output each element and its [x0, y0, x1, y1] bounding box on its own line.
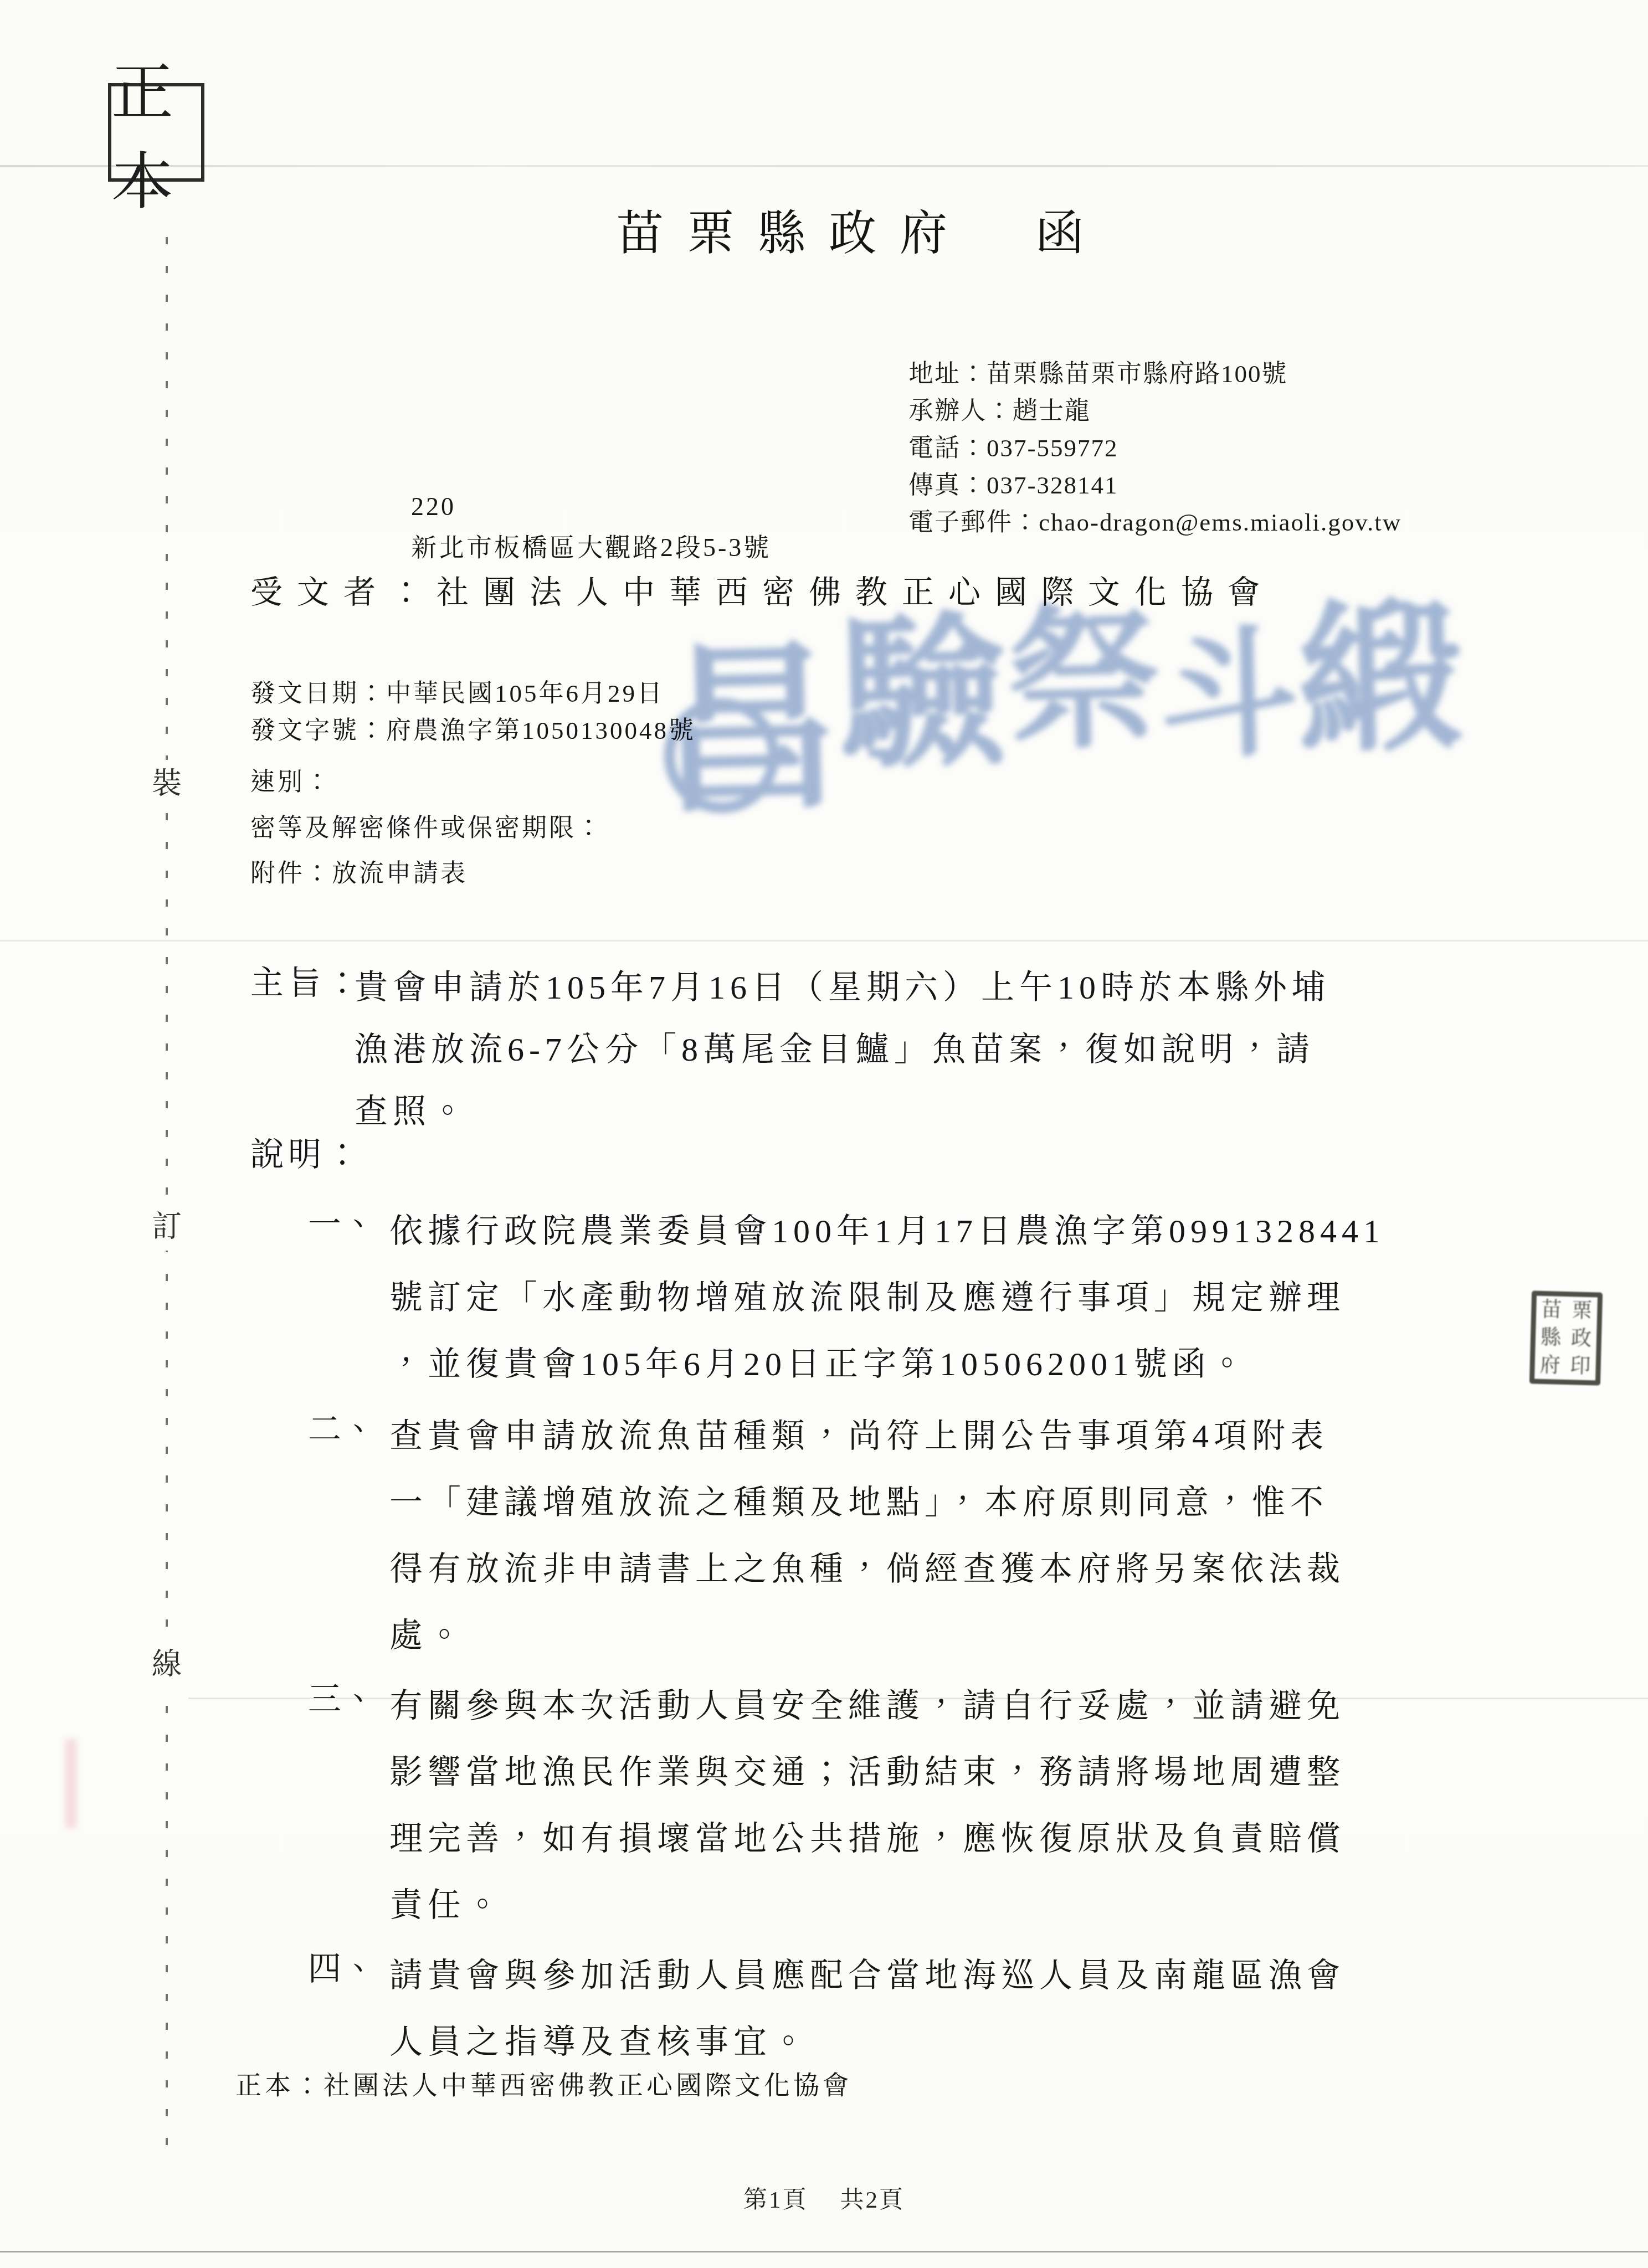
agency-fax: 傳真：037-328141 — [908, 467, 1401, 504]
binding-mark-xian: 線 — [147, 1640, 186, 1688]
recipient-line: 受文者：社團法人中華西密佛教正心國際文化協會 — [250, 566, 1274, 613]
explanation-item-number: 四、 — [308, 1942, 377, 1990]
agency-address: 地址：苗栗縣苗栗市縣府路100號 — [908, 356, 1401, 393]
item-line: 查貴會申請放流魚苗種類，尚符上開公告事項第4項附表 — [389, 1403, 1345, 1469]
subject-line: 查照。 — [355, 1081, 1330, 1143]
subject-text: 貴會申請於105年7月16日（星期六）上午10時於本縣外埔 漁港放流6-7公分「… — [355, 956, 1330, 1143]
subject-label: 主旨： — [250, 956, 363, 1004]
item-line: 影響當地漁民作業與交通；活動結束，務請將場地周遭整 — [389, 1739, 1345, 1806]
pink-ink-smudge — [65, 1739, 76, 1828]
seal-glyph: 印 — [1570, 1356, 1591, 1377]
copy-to-line: 正本：社團法人中華西密佛教正心國際文化協會 — [235, 2065, 852, 2102]
stamp-glyph: 緞 — [1295, 543, 1466, 785]
binding-dashed-line — [166, 237, 168, 2151]
subject-line: 漁港放流6-7公分「8萬尾金目鱸」魚苗案，復如說明，請 — [355, 1019, 1330, 1081]
recipient-address: 新北市板橋區大觀路2段5-3號 — [411, 527, 771, 564]
explanation-item-3: 有關參與本次活動人員安全維護，請自行妥處，並請避免 影響當地漁民作業與交通；活動… — [389, 1673, 1345, 1938]
issue-date: 發文日期：中華民國105年6月29日 — [250, 673, 664, 709]
item-line: 請貴會與參加活動人員應配合當地海巡人員及南龍區漁會 — [389, 1942, 1345, 2009]
item-line: 有關參與本次活動人員安全維護，請自行妥處，並請避免 — [389, 1673, 1345, 1739]
bottom-rule — [0, 2251, 1648, 2252]
agency-contact-block: 地址：苗栗縣苗栗市縣府路100號 承辦人：趙士龍 電話：037-559772 傳… — [908, 356, 1401, 541]
scan-crease-top — [0, 165, 1648, 167]
item-line: 處。 — [389, 1602, 1345, 1669]
subject-line: 貴會申請於105年7月16日（星期六）上午10時於本縣外埔 — [355, 956, 1330, 1019]
explanation-item-number: 一、 — [308, 1198, 377, 1246]
agency-phone: 電話：037-559772 — [908, 430, 1401, 467]
item-line: 號訂定「水產動物增殖放流限制及應遵行事項」規定辦理 — [389, 1264, 1385, 1331]
document-type: 函 — [1036, 207, 1107, 260]
issuing-agency: 苗栗縣政府 — [616, 207, 971, 260]
seal-glyph: 栗 — [1572, 1300, 1593, 1321]
explanation-item-number: 二、 — [308, 1403, 377, 1451]
speed-class: 速別： — [250, 762, 332, 798]
seal-glyph: 府 — [1539, 1355, 1560, 1376]
seal-glyph: 縣 — [1541, 1327, 1562, 1348]
page-number: 第1頁 — [743, 2187, 808, 2213]
attachment: 附件：放流申請表 — [250, 853, 468, 889]
recipient-postal-code: 220 — [411, 492, 456, 521]
item-line: 責任。 — [389, 1872, 1345, 1938]
item-line: 得有放流非申請書上之魚種，倘經查獲本府將另案依法裁 — [389, 1536, 1345, 1602]
official-square-seal: 苗 栗 縣 政 府 印 — [1529, 1290, 1603, 1385]
page-footer: 第1頁共2頁 — [0, 2181, 1648, 2215]
item-line: 依據行政院農業委員會100年1月17日農漁字第0991328441 — [389, 1198, 1385, 1264]
explanation-item-2: 查貴會申請放流魚苗種類，尚符上開公告事項第4項附表 一「建議增殖放流之種類及地點… — [389, 1403, 1345, 1669]
item-line: 一「建議增殖放流之種類及地點」，本府原則同意，惟不 — [389, 1469, 1345, 1536]
original-copy-box: 正本 — [108, 83, 204, 182]
seal-glyph: 政 — [1571, 1328, 1592, 1349]
seal-glyph: 苗 — [1541, 1299, 1562, 1320]
reference-number: 發文字號：府農漁字第1050130048號 — [250, 710, 696, 746]
security-class: 密等及解密條件或保密期限： — [250, 808, 603, 844]
binding-mark-ding: 訂 — [147, 1203, 186, 1251]
explanation-label: 說明： — [250, 1128, 363, 1176]
item-line: ，並復貴會105年6月20日正字第105062001號函。 — [389, 1331, 1385, 1397]
page-count: 共2頁 — [840, 2187, 905, 2213]
agency-officer: 承辦人：趙士龍 — [908, 393, 1401, 430]
official-letter-page: 正本 苗栗縣政府函 地址：苗栗縣苗栗市縣府路100號 承辦人：趙士龍 電話：03… — [0, 0, 1648, 2268]
document-title: 苗栗縣政府函 — [616, 195, 1107, 264]
explanation-item-number: 三、 — [308, 1673, 377, 1720]
binding-mark-zhuang: 裝 — [147, 760, 186, 808]
scan-crease-middle — [0, 940, 1648, 942]
agency-email: 電子郵件：chao-dragon@ems.miaoli.gov.tw — [908, 504, 1401, 541]
original-copy-label: 正本 — [111, 43, 201, 222]
explanation-item-4: 請貴會與參加活動人員應配合當地海巡人員及南龍區漁會 人員之指導及查核事宜。 — [389, 1942, 1345, 2075]
explanation-item-1: 依據行政院農業委員會100年1月17日農漁字第0991328441 號訂定「水產… — [389, 1198, 1385, 1397]
item-line: 理完善，如有損壞當地公共措施，應恢復原狀及負責賠償 — [389, 1806, 1345, 1872]
